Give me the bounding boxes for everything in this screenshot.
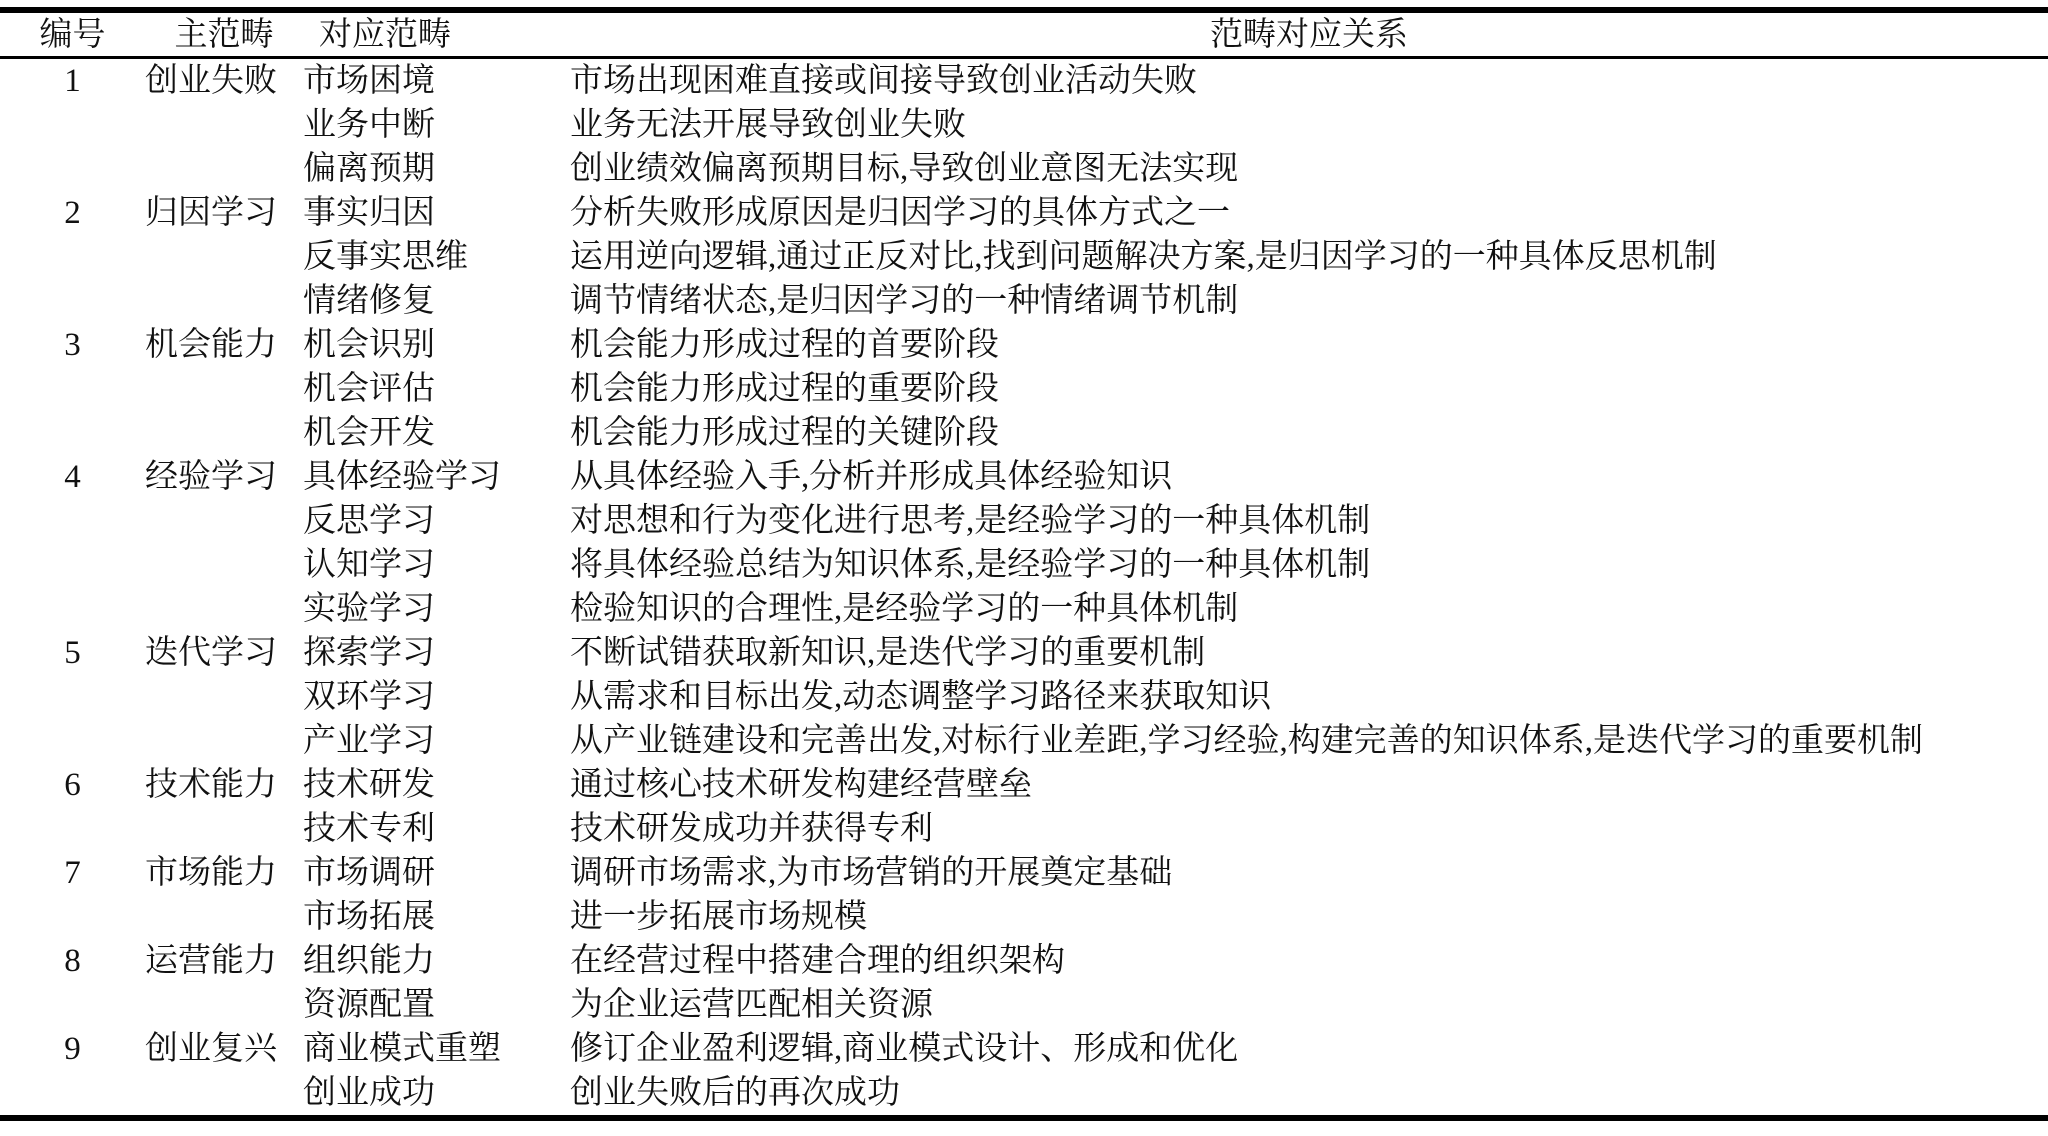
cell-main-category: 运营能力 <box>145 939 303 983</box>
cell-sub-category: 创业成功 <box>303 1071 570 1115</box>
table-row: 机会开发机会能力形成过程的关键阶段 <box>0 411 2048 455</box>
cell-relation: 不断试错获取新知识,是迭代学习的重要机制 <box>570 631 2048 675</box>
cell-relation: 机会能力形成过程的首要阶段 <box>570 323 2048 367</box>
cell-relation: 调节情绪状态,是归因学习的一种情绪调节机制 <box>570 279 2048 323</box>
cell-sub-category: 机会开发 <box>303 411 570 455</box>
cell-sub-category: 机会评估 <box>303 367 570 411</box>
cell-id: 4 <box>0 455 145 499</box>
cell-relation: 机会能力形成过程的关键阶段 <box>570 411 2048 455</box>
cell-sub-category: 反思学习 <box>303 499 570 543</box>
cell-sub-category: 技术专利 <box>303 807 570 851</box>
table-row: 资源配置为企业运营匹配相关资源 <box>0 983 2048 1027</box>
cell-relation: 创业绩效偏离预期目标,导致创业意图无法实现 <box>570 147 2048 191</box>
cell-main-category: 迭代学习 <box>145 631 303 675</box>
cell-relation: 机会能力形成过程的重要阶段 <box>570 367 2048 411</box>
cell-id: 9 <box>0 1027 145 1071</box>
column-header-sub-category: 对应范畴 <box>303 13 570 57</box>
table-row: 1创业失败市场困境市场出现困难直接或间接导致创业活动失败 <box>0 59 2048 103</box>
table-row: 认知学习将具体经验总结为知识体系,是经验学习的一种具体机制 <box>0 543 2048 587</box>
cell-sub-category: 探索学习 <box>303 631 570 675</box>
cell-sub-category: 市场调研 <box>303 851 570 895</box>
table-row: 实验学习检验知识的合理性,是经验学习的一种具体机制 <box>0 587 2048 631</box>
cell-relation: 市场出现困难直接或间接导致创业活动失败 <box>570 59 2048 103</box>
cell-relation: 分析失败形成原因是归因学习的具体方式之一 <box>570 191 2048 235</box>
cell-sub-category: 反事实思维 <box>303 235 570 279</box>
cell-id: 2 <box>0 191 145 235</box>
category-correspondence-table-page: 编号 主范畴 对应范畴 范畴对应关系 1创业失败市场困境市场出现困难直接或间接导… <box>0 0 2048 1136</box>
cell-sub-category: 商业模式重塑 <box>303 1027 570 1071</box>
table-row: 产业学习从产业链建设和完善出发,对标行业差距,学习经验,构建完善的知识体系,是迭… <box>0 719 2048 763</box>
cell-id: 3 <box>0 323 145 367</box>
table-row: 9创业复兴商业模式重塑修订企业盈利逻辑,商业模式设计、形成和优化 <box>0 1027 2048 1071</box>
cell-main-category: 创业失败 <box>145 59 303 103</box>
table-row: 4经验学习具体经验学习从具体经验入手,分析并形成具体经验知识 <box>0 455 2048 499</box>
cell-id: 8 <box>0 939 145 983</box>
cell-relation: 运用逆向逻辑,通过正反对比,找到问题解决方案,是归因学习的一种具体反思机制 <box>570 235 2048 279</box>
cell-relation: 创业失败后的再次成功 <box>570 1071 2048 1115</box>
cell-relation: 在经营过程中搭建合理的组织架构 <box>570 939 2048 983</box>
table-row: 反思学习对思想和行为变化进行思考,是经验学习的一种具体机制 <box>0 499 2048 543</box>
table-row: 3机会能力机会识别机会能力形成过程的首要阶段 <box>0 323 2048 367</box>
table-row: 7市场能力市场调研调研市场需求,为市场营销的开展奠定基础 <box>0 851 2048 895</box>
cell-relation: 检验知识的合理性,是经验学习的一种具体机制 <box>570 587 2048 631</box>
cell-relation: 从产业链建设和完善出发,对标行业差距,学习经验,构建完善的知识体系,是迭代学习的… <box>570 719 2048 763</box>
cell-relation: 从需求和目标出发,动态调整学习路径来获取知识 <box>570 675 2048 719</box>
cell-relation: 业务无法开展导致创业失败 <box>570 103 2048 147</box>
cell-relation: 修订企业盈利逻辑,商业模式设计、形成和优化 <box>570 1027 2048 1071</box>
cell-sub-category: 组织能力 <box>303 939 570 983</box>
cell-sub-category: 市场拓展 <box>303 895 570 939</box>
cell-sub-category: 事实归因 <box>303 191 570 235</box>
cell-id: 6 <box>0 763 145 807</box>
cell-relation: 进一步拓展市场规模 <box>570 895 2048 939</box>
cell-main-category: 技术能力 <box>145 763 303 807</box>
cell-sub-category: 偏离预期 <box>303 147 570 191</box>
table-bottom-rule <box>0 1115 2048 1121</box>
table-row: 技术专利技术研发成功并获得专利 <box>0 807 2048 851</box>
cell-sub-category: 情绪修复 <box>303 279 570 323</box>
cell-sub-category: 资源配置 <box>303 983 570 1027</box>
cell-sub-category: 双环学习 <box>303 675 570 719</box>
cell-relation: 技术研发成功并获得专利 <box>570 807 2048 851</box>
table-row: 偏离预期创业绩效偏离预期目标,导致创业意图无法实现 <box>0 147 2048 191</box>
cell-sub-category: 具体经验学习 <box>303 455 570 499</box>
column-header-main-category: 主范畴 <box>145 13 303 57</box>
table-row: 情绪修复调节情绪状态,是归因学习的一种情绪调节机制 <box>0 279 2048 323</box>
cell-relation: 调研市场需求,为市场营销的开展奠定基础 <box>570 851 2048 895</box>
cell-main-category: 归因学习 <box>145 191 303 235</box>
cell-sub-category: 业务中断 <box>303 103 570 147</box>
table-row: 2归因学习事实归因分析失败形成原因是归因学习的具体方式之一 <box>0 191 2048 235</box>
table-header-row: 编号 主范畴 对应范畴 范畴对应关系 <box>0 13 2048 56</box>
table-row: 市场拓展进一步拓展市场规模 <box>0 895 2048 939</box>
cell-main-category: 市场能力 <box>145 851 303 895</box>
column-header-relation: 范畴对应关系 <box>570 13 2048 57</box>
cell-main-category: 机会能力 <box>145 323 303 367</box>
table-row: 5迭代学习探索学习不断试错获取新知识,是迭代学习的重要机制 <box>0 631 2048 675</box>
cell-relation: 从具体经验入手,分析并形成具体经验知识 <box>570 455 2048 499</box>
cell-main-category: 创业复兴 <box>145 1027 303 1071</box>
cell-relation: 对思想和行为变化进行思考,是经验学习的一种具体机制 <box>570 499 2048 543</box>
table-row: 8运营能力组织能力在经营过程中搭建合理的组织架构 <box>0 939 2048 983</box>
cell-sub-category: 认知学习 <box>303 543 570 587</box>
column-header-id: 编号 <box>0 13 145 57</box>
table-row: 6技术能力技术研发通过核心技术研发构建经营壁垒 <box>0 763 2048 807</box>
cell-relation: 为企业运营匹配相关资源 <box>570 983 2048 1027</box>
cell-sub-category: 产业学习 <box>303 719 570 763</box>
cell-id: 5 <box>0 631 145 675</box>
cell-relation: 通过核心技术研发构建经营壁垒 <box>570 763 2048 807</box>
cell-sub-category: 市场困境 <box>303 59 570 103</box>
cell-sub-category: 技术研发 <box>303 763 570 807</box>
table-row: 双环学习从需求和目标出发,动态调整学习路径来获取知识 <box>0 675 2048 719</box>
cell-id: 7 <box>0 851 145 895</box>
cell-main-category: 经验学习 <box>145 455 303 499</box>
cell-relation: 将具体经验总结为知识体系,是经验学习的一种具体机制 <box>570 543 2048 587</box>
table-row: 业务中断业务无法开展导致创业失败 <box>0 103 2048 147</box>
cell-sub-category: 机会识别 <box>303 323 570 367</box>
cell-sub-category: 实验学习 <box>303 587 570 631</box>
table-row: 机会评估机会能力形成过程的重要阶段 <box>0 367 2048 411</box>
table-body: 1创业失败市场困境市场出现困难直接或间接导致创业活动失败业务中断业务无法开展导致… <box>0 59 2048 1115</box>
cell-id: 1 <box>0 59 145 103</box>
table-row: 创业成功创业失败后的再次成功 <box>0 1071 2048 1115</box>
table-row: 反事实思维运用逆向逻辑,通过正反对比,找到问题解决方案,是归因学习的一种具体反思… <box>0 235 2048 279</box>
